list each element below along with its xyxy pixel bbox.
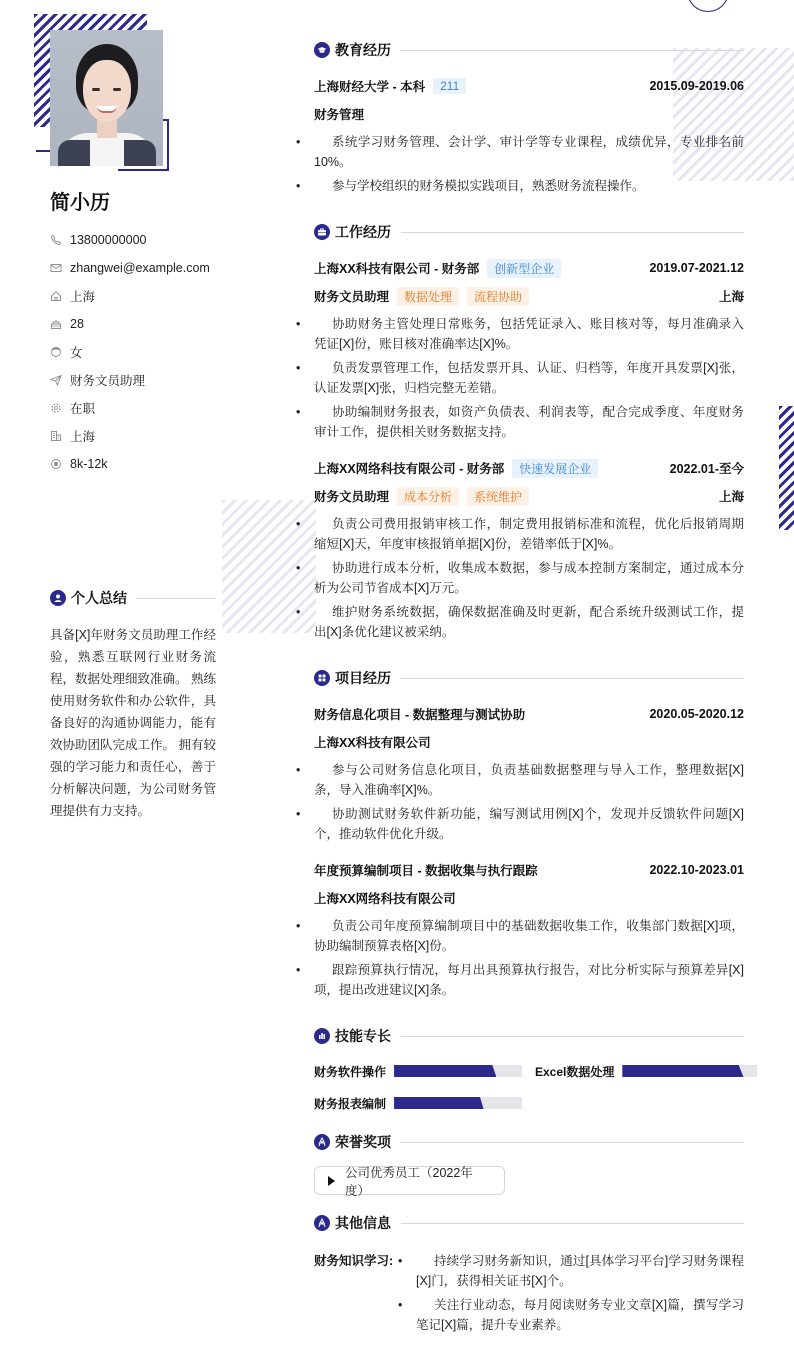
project-name: 年度预算编制项目 - 数据收集与执行跟踪 bbox=[314, 861, 538, 879]
job-location: 上海 bbox=[719, 487, 744, 505]
contact-phone-value: 13800000000 bbox=[70, 233, 146, 247]
project-date: 2022.10-2023.01 bbox=[649, 863, 744, 877]
education-header-row: 上海财经大学 - 本科 211 2015.09-2019.06 bbox=[314, 72, 744, 100]
contact-age-value: 28 bbox=[70, 317, 84, 331]
project-company-row: 上海XX科技有限公司 bbox=[314, 728, 744, 756]
contact-email-value: zhangwei@example.com bbox=[70, 261, 210, 275]
work-title: 工作经历 bbox=[335, 222, 391, 242]
job-entry: 上海XX科技有限公司 - 财务部 创新型企业 2019.07-2021.12 财… bbox=[314, 254, 744, 442]
contact-position-value: 财务文员助理 bbox=[70, 371, 145, 389]
contact-email: zhangwei@example.com bbox=[50, 254, 250, 282]
job-role-row: 财务文员助理 成本分析 系统维护 上海 bbox=[314, 482, 744, 510]
education-bullets: 系统学习财务管理、会计学、审计学等专业课程，成绩优异，专业排名前10%。 参与学… bbox=[296, 132, 744, 196]
avatar-photo bbox=[50, 30, 163, 166]
other-label: 财务知识学习: bbox=[314, 1251, 398, 1335]
work-section-header: 工作经历 bbox=[314, 222, 744, 242]
job-location: 上海 bbox=[719, 287, 744, 305]
divider bbox=[137, 598, 216, 599]
job-role: 财务文员助理 bbox=[314, 287, 389, 305]
list-item: 协助进行成本分析，收集成本数据，参与成本控制方案制定，通过成本分析为公司节省成本… bbox=[314, 558, 744, 598]
job-role-row: 财务文员助理 数据处理 流程协助 上海 bbox=[314, 282, 744, 310]
project-name: 财务信息化项目 - 数据整理与测试协助 bbox=[314, 705, 525, 723]
list-item: 协助测试财务软件新功能，编写测试用例[X]个，发现并反馈软件问题[X]个，推动软… bbox=[314, 804, 744, 844]
contact-age: 28 bbox=[50, 310, 250, 338]
summary-text: 具备[X]年财务文员助理工作经验，熟悉互联网行业财务流程，数据处理细致准确。 熟… bbox=[50, 624, 216, 822]
divider bbox=[401, 1142, 744, 1143]
summary-section-header: 个人总结 bbox=[50, 588, 216, 608]
decorative-frame-right bbox=[167, 119, 169, 171]
award-icon bbox=[314, 1215, 330, 1231]
list-item: 参与学校组织的财务模拟实践项目，熟悉财务流程操作。 bbox=[314, 176, 744, 196]
other-title: 其他信息 bbox=[335, 1213, 391, 1233]
awards-section-header: 荣誉奖项 bbox=[314, 1132, 744, 1152]
other-section-header: 其他信息 bbox=[314, 1213, 744, 1233]
major: 财务管理 bbox=[314, 105, 364, 123]
skill-bar-fill bbox=[622, 1065, 743, 1077]
briefcase-icon bbox=[314, 224, 330, 240]
contact-home: 上海 bbox=[50, 282, 250, 310]
salary-icon bbox=[50, 458, 62, 470]
projects-section-header: 项目经历 bbox=[314, 668, 744, 688]
role-tag: 流程协助 bbox=[467, 287, 529, 306]
skill-bar-fill bbox=[394, 1065, 496, 1077]
list-item: 参与公司财务信息化项目，负责基础数据整理与导入工作，整理数据[X]条，导入准确率… bbox=[314, 760, 744, 800]
project-date: 2020.05-2020.12 bbox=[649, 707, 744, 721]
decorative-stripes-right-edge bbox=[779, 406, 794, 530]
awards-title: 荣誉奖项 bbox=[335, 1132, 391, 1152]
main-content: 教育经历 上海财经大学 - 本科 211 2015.09-2019.06 财务管… bbox=[314, 40, 744, 1335]
bar-chart-icon bbox=[314, 1028, 330, 1044]
skill-name: Excel数据处理 bbox=[535, 1063, 614, 1080]
project-entry: 财务信息化项目 - 数据整理与测试协助 2020.05-2020.12 上海XX… bbox=[314, 700, 744, 844]
list-item: 负责公司费用报销审核工作，制定费用报销标准和流程，优化后报销周期缩短[X]天，年… bbox=[314, 514, 744, 554]
age-icon bbox=[50, 318, 62, 330]
project-bullets: 参与公司财务信息化项目，负责基础数据整理与导入工作，整理数据[X]条，导入准确率… bbox=[296, 760, 744, 844]
contact-salary: 8k-12k bbox=[50, 450, 250, 478]
contact-status: 在职 bbox=[50, 394, 250, 422]
major-row: 财务管理 bbox=[314, 100, 744, 128]
skill-item: 财务软件操作 bbox=[314, 1064, 522, 1078]
project-entry: 年度预算编制项目 - 数据收集与执行跟踪 2022.10-2023.01 上海X… bbox=[314, 856, 744, 1000]
job-date: 2022.01-至今 bbox=[670, 459, 744, 477]
role-tag: 数据处理 bbox=[397, 287, 459, 306]
list-item: 负责公司年度预算编制项目中的基础数据收集工作，收集部门数据[X]项，协助编制预算… bbox=[314, 916, 744, 956]
job-header-row: 上海XX科技有限公司 - 财务部 创新型企业 2019.07-2021.12 bbox=[314, 254, 744, 282]
list-item: 关注行业动态，每月阅读财务专业文章[X]篇，撰写学习笔记[X]篇，提升专业素养。 bbox=[416, 1295, 744, 1335]
grid-icon bbox=[314, 670, 330, 686]
skill-item: Excel数据处理 bbox=[535, 1064, 757, 1078]
education-section-header: 教育经历 bbox=[314, 40, 744, 60]
contact-city-value: 上海 bbox=[70, 427, 95, 445]
project-bullets: 负责公司年度预算编制项目中的基础数据收集工作，收集部门数据[X]项，协助编制预算… bbox=[296, 916, 744, 1000]
contact-status-value: 在职 bbox=[70, 399, 95, 417]
award-text: 公司优秀员工（2022年度） bbox=[345, 1163, 488, 1199]
projects-section: 项目经历 财务信息化项目 - 数据整理与测试协助 2020.05-2020.12… bbox=[314, 668, 744, 1000]
list-item: 系统学习财务管理、会计学、审计学等专业课程，成绩优异，专业排名前10%。 bbox=[314, 132, 744, 172]
school-name: 上海财经大学 - 本科 bbox=[314, 77, 425, 95]
list-item: 协助编制财务报表，如资产负债表、利润表等，配合完成季度、年度财务审计工作，提供相… bbox=[314, 402, 744, 442]
decorative-circle bbox=[687, 0, 729, 12]
work-section: 工作经历 上海XX科技有限公司 - 财务部 创新型企业 2019.07-2021… bbox=[314, 222, 744, 642]
summary-title: 个人总结 bbox=[71, 588, 127, 608]
contact-home-value: 上海 bbox=[70, 287, 95, 305]
other-section: 其他信息 财务知识学习: 持续学习财务新知识，通过[具体学习平台]学习财务课程[… bbox=[314, 1213, 744, 1335]
contact-city: 上海 bbox=[50, 422, 250, 450]
skills-grid: 财务软件操作 Excel数据处理 财务报表编制 bbox=[314, 1064, 744, 1110]
home-icon bbox=[50, 290, 62, 302]
gender-icon bbox=[50, 346, 62, 358]
contact-gender: 女 bbox=[50, 338, 250, 366]
list-item: 维护财务系统数据，确保数据准确及时更新，配合系统升级测试工作，提出[X]条优化建… bbox=[314, 602, 744, 642]
user-icon bbox=[50, 590, 66, 606]
divider bbox=[401, 1036, 744, 1037]
skills-title: 技能专长 bbox=[335, 1026, 391, 1046]
divider bbox=[401, 678, 744, 679]
job-role: 财务文员助理 bbox=[314, 487, 389, 505]
skill-bar bbox=[394, 1097, 522, 1109]
contact-phone: 13800000000 bbox=[50, 226, 250, 254]
role-tag: 成本分析 bbox=[397, 487, 459, 506]
play-triangle-icon bbox=[328, 1176, 335, 1186]
school-tag: 211 bbox=[433, 78, 466, 94]
company-tag: 创新型企业 bbox=[487, 259, 561, 278]
job-bullets: 负责公司费用报销审核工作，制定费用报销标准和流程，优化后报销周期缩短[X]天，年… bbox=[296, 514, 744, 642]
divider bbox=[401, 50, 744, 51]
role-tag: 系统维护 bbox=[467, 487, 529, 506]
contact-salary-value: 8k-12k bbox=[70, 457, 108, 471]
skills-section: 技能专长 财务软件操作 Excel数据处理 财务报表编制 bbox=[314, 1026, 744, 1110]
contact-info-list: 13800000000 zhangwei@example.com 上海 28 女… bbox=[50, 226, 250, 478]
project-header-row: 年度预算编制项目 - 数据收集与执行跟踪 2022.10-2023.01 bbox=[314, 856, 744, 884]
education-title: 教育经历 bbox=[335, 40, 391, 60]
skill-item: 财务报表编制 bbox=[314, 1096, 522, 1110]
contact-position: 财务文员助理 bbox=[50, 366, 250, 394]
company-tag: 快速发展企业 bbox=[512, 459, 598, 478]
status-icon bbox=[50, 402, 62, 414]
project-company-row: 上海XX网络科技有限公司 bbox=[314, 884, 744, 912]
candidate-name: 简小历 bbox=[50, 186, 110, 215]
project-company: 上海XX科技有限公司 bbox=[314, 733, 431, 751]
phone-icon bbox=[50, 234, 62, 246]
other-bullets: 持续学习财务新知识，通过[具体学习平台]学习财务课程[X]门，获得相关证书[X]… bbox=[398, 1247, 744, 1335]
list-item: 负责发票管理工作，包括发票开具、认证、归档等，年度开具发票[X]张，认证发票[X… bbox=[314, 358, 744, 398]
project-header-row: 财务信息化项目 - 数据整理与测试协助 2020.05-2020.12 bbox=[314, 700, 744, 728]
list-item: 持续学习财务新知识，通过[具体学习平台]学习财务课程[X]门，获得相关证书[X]… bbox=[416, 1251, 744, 1291]
skills-section-header: 技能专长 bbox=[314, 1026, 744, 1046]
contact-gender-value: 女 bbox=[70, 343, 83, 361]
education-date: 2015.09-2019.06 bbox=[649, 79, 744, 93]
list-item: 协助财务主管处理日常账务，包括凭证录入、账目核对等，每月准确录入凭证[X]份，账… bbox=[314, 314, 744, 354]
skill-bar-fill bbox=[394, 1097, 484, 1109]
decorative-frame-top bbox=[163, 119, 169, 121]
job-header-row: 上海XX网络科技有限公司 - 财务部 快速发展企业 2022.01-至今 bbox=[314, 454, 744, 482]
mail-icon bbox=[50, 262, 62, 274]
skill-bar bbox=[394, 1065, 522, 1077]
education-section: 教育经历 上海财经大学 - 本科 211 2015.09-2019.06 财务管… bbox=[314, 40, 744, 196]
award-item: 公司优秀员工（2022年度） bbox=[314, 1166, 505, 1195]
skill-name: 财务报表编制 bbox=[314, 1095, 386, 1112]
awards-section: 荣誉奖项 公司优秀员工（2022年度） bbox=[314, 1132, 744, 1195]
divider bbox=[401, 1223, 744, 1224]
company-name: 上海XX科技有限公司 - 财务部 bbox=[314, 259, 479, 277]
building-icon bbox=[50, 430, 62, 442]
project-company: 上海XX网络科技有限公司 bbox=[314, 889, 456, 907]
skill-bar bbox=[622, 1065, 757, 1077]
other-info-row: 财务知识学习: 持续学习财务新知识，通过[具体学习平台]学习财务课程[X]门，获… bbox=[314, 1247, 744, 1335]
company-name: 上海XX网络科技有限公司 - 财务部 bbox=[314, 459, 504, 477]
award-icon bbox=[314, 1134, 330, 1150]
job-date: 2019.07-2021.12 bbox=[649, 261, 744, 275]
job-entry: 上海XX网络科技有限公司 - 财务部 快速发展企业 2022.01-至今 财务文… bbox=[314, 454, 744, 642]
divider bbox=[401, 232, 744, 233]
send-icon bbox=[50, 374, 62, 386]
graduation-cap-icon bbox=[314, 42, 330, 58]
job-bullets: 协助财务主管处理日常账务，包括凭证录入、账目核对等，每月准确录入凭证[X]份，账… bbox=[296, 314, 744, 442]
projects-title: 项目经历 bbox=[335, 668, 391, 688]
skill-name: 财务软件操作 bbox=[314, 1063, 386, 1080]
decorative-frame-bottom bbox=[118, 169, 169, 171]
list-item: 跟踪预算执行情况，每月出具预算执行报告，对比分析实际与预算差异[X]项，提出改进… bbox=[314, 960, 744, 1000]
